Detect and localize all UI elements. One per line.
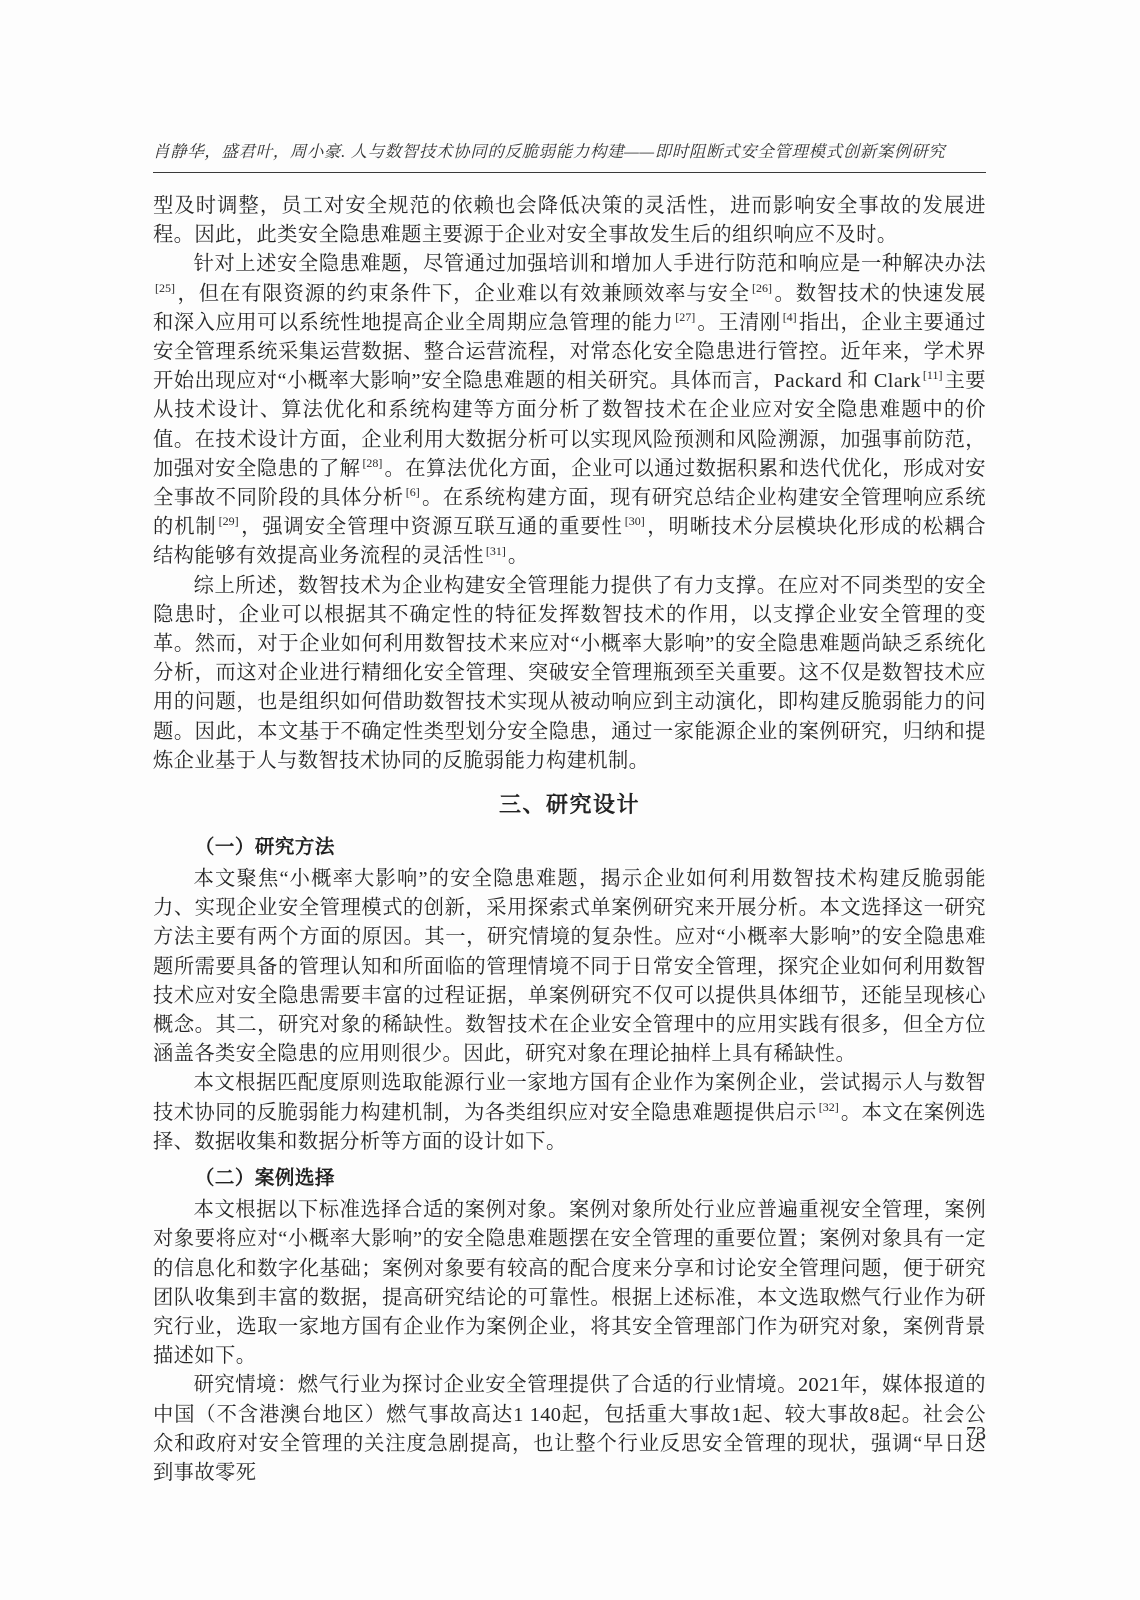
citation-ref: [29]: [219, 514, 239, 528]
paragraph: 本文根据以下标准选择合适的案例对象。案例对象所处行业应普遍重视安全管理，案例对象…: [153, 1196, 986, 1371]
running-head: 肖静华，盛君叶，周小豪. 人与数智技术协同的反脆弱能力构建——即时阻断式安全管理…: [153, 140, 986, 173]
document-page: { "page": { "running_head": "肖静华，盛君叶，周小豪…: [0, 0, 1140, 1600]
section-heading: 三、研究设计: [153, 790, 986, 820]
citation-ref: [31]: [486, 544, 506, 558]
citation-ref: [27]: [675, 310, 695, 324]
page-content: 肖静华，盛君叶，周小豪. 人与数智技术协同的反脆弱能力构建——即时阻断式安全管理…: [153, 140, 986, 1488]
paragraph: 本文根据匹配度原则选取能源行业一家地方国有企业作为案例企业，尝试揭示人与数智技术…: [153, 1069, 986, 1157]
citation-ref: [11]: [923, 368, 943, 382]
citation-ref: [28]: [362, 456, 382, 470]
citation-ref: [6]: [406, 485, 420, 499]
citation-ref: [26]: [752, 281, 772, 295]
subsection-heading: （二）案例选择: [153, 1164, 986, 1192]
article-body: 型及时调整，员工对安全规范的依赖也会降低决策的灵活性，进而影响安全事故的发展进程…: [153, 192, 986, 1488]
citation-ref: [4]: [783, 310, 797, 324]
paragraph: 综上所述，数智技术为企业构建安全管理能力提供了有力支撑。在应对不同类型的安全隐患…: [153, 572, 986, 776]
paragraph: 针对上述安全隐患难题，尽管通过加强培训和增加人手进行防范和响应是一种解决办法[2…: [153, 250, 986, 571]
paragraph: 本文聚焦“小概率大影响”的安全隐患难题，揭示企业如何利用数智技术构建反脆弱能力、…: [153, 865, 986, 1069]
paragraph: 型及时调整，员工对安全规范的依赖也会降低决策的灵活性，进而影响安全事故的发展进程…: [153, 192, 986, 250]
subsection-heading: （一）研究方法: [153, 833, 986, 861]
citation-ref: [30]: [625, 514, 645, 528]
citation-ref: [32]: [819, 1100, 839, 1114]
citation-ref: [25]: [155, 281, 175, 295]
page-number: 73: [153, 1423, 986, 1446]
